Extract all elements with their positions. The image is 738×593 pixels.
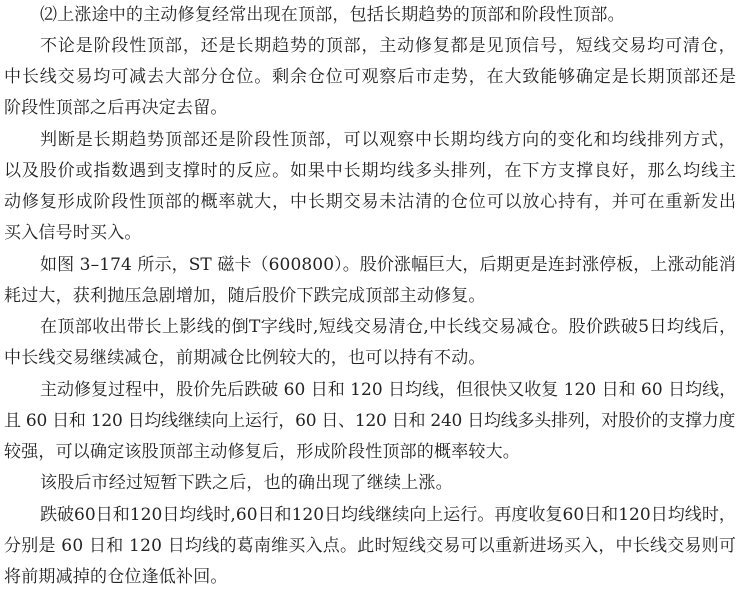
text-line: 中长线交易继续减仓，前期减仓比例较大的，也可以持有不动。 [4,347,486,369]
text-line: 且 60 日和 120 日均线继续向上运行，60 日、120 日和 240 日均… [4,410,735,432]
text-line: 该股后市经过短暂下跌之后，也的确出现了继续上涨。 [40,472,453,494]
text-line: 如图 3–174 所示，ST 磁卡（600800）。股价涨幅巨大，后期更是连封涨… [40,254,736,276]
text-line: 买入信号时买入。 [4,222,142,244]
text-line: ⑵上涨途中的主动修复经常出现在顶部，包括长期趋势的顶部和阶段性顶部。 [40,4,625,26]
text-line: 较强，可以确定该股顶部主动修复后，形成阶段性顶部的概率较大。 [4,441,520,463]
text-line: 以及股价或指数遇到支撑时的反应。如果中长期均线多头排列，在下方支撑良好，那么均线… [4,160,737,182]
text-line: 跌破60日和120日均线时,60日和120日均线继续向上运行。再度收复60日和1… [40,504,736,526]
text-line: 主动修复过程中，股价先后跌破 60 日和 120 日均线，但很快又收复 120 … [40,379,736,401]
text-line: 判断是长期趋势顶部还是阶段性顶部，可以观察中长期均线方向的变化和均线排列方式， [40,129,736,151]
text-line: 不论是阶段性顶部，还是长期趋势的顶部，主动修复都是见顶信号，短线交易均可清仓， [40,35,736,57]
text-line: 分别是 60 日和 120 日均线的葛南维买入点。此时短线交易可以重新进场买入，… [4,535,736,557]
text-line: 动修复形成阶段性顶部的概率就大，中长期交易未沽清的仓位可以放心持有，并可在重新发… [4,191,737,213]
text-line: 阶段性顶部之后再决定去留。 [4,97,228,119]
text-line: 中长线交易均可减去大部分仓位。剩余仓位可观察后市走势，在大致能够确定是长期顶部还… [4,66,737,88]
text-line: 耗过大，获利抛压急剧增加，随后股价下跌完成顶部主动修复。 [4,285,486,307]
text-line: 将前期减掉的仓位逢低补回。 [4,566,228,588]
text-line: 在顶部收出带长上影线的倒T字线时,短线交易清仓,中长线交易减仓。股价跌破5日均线… [40,316,737,338]
